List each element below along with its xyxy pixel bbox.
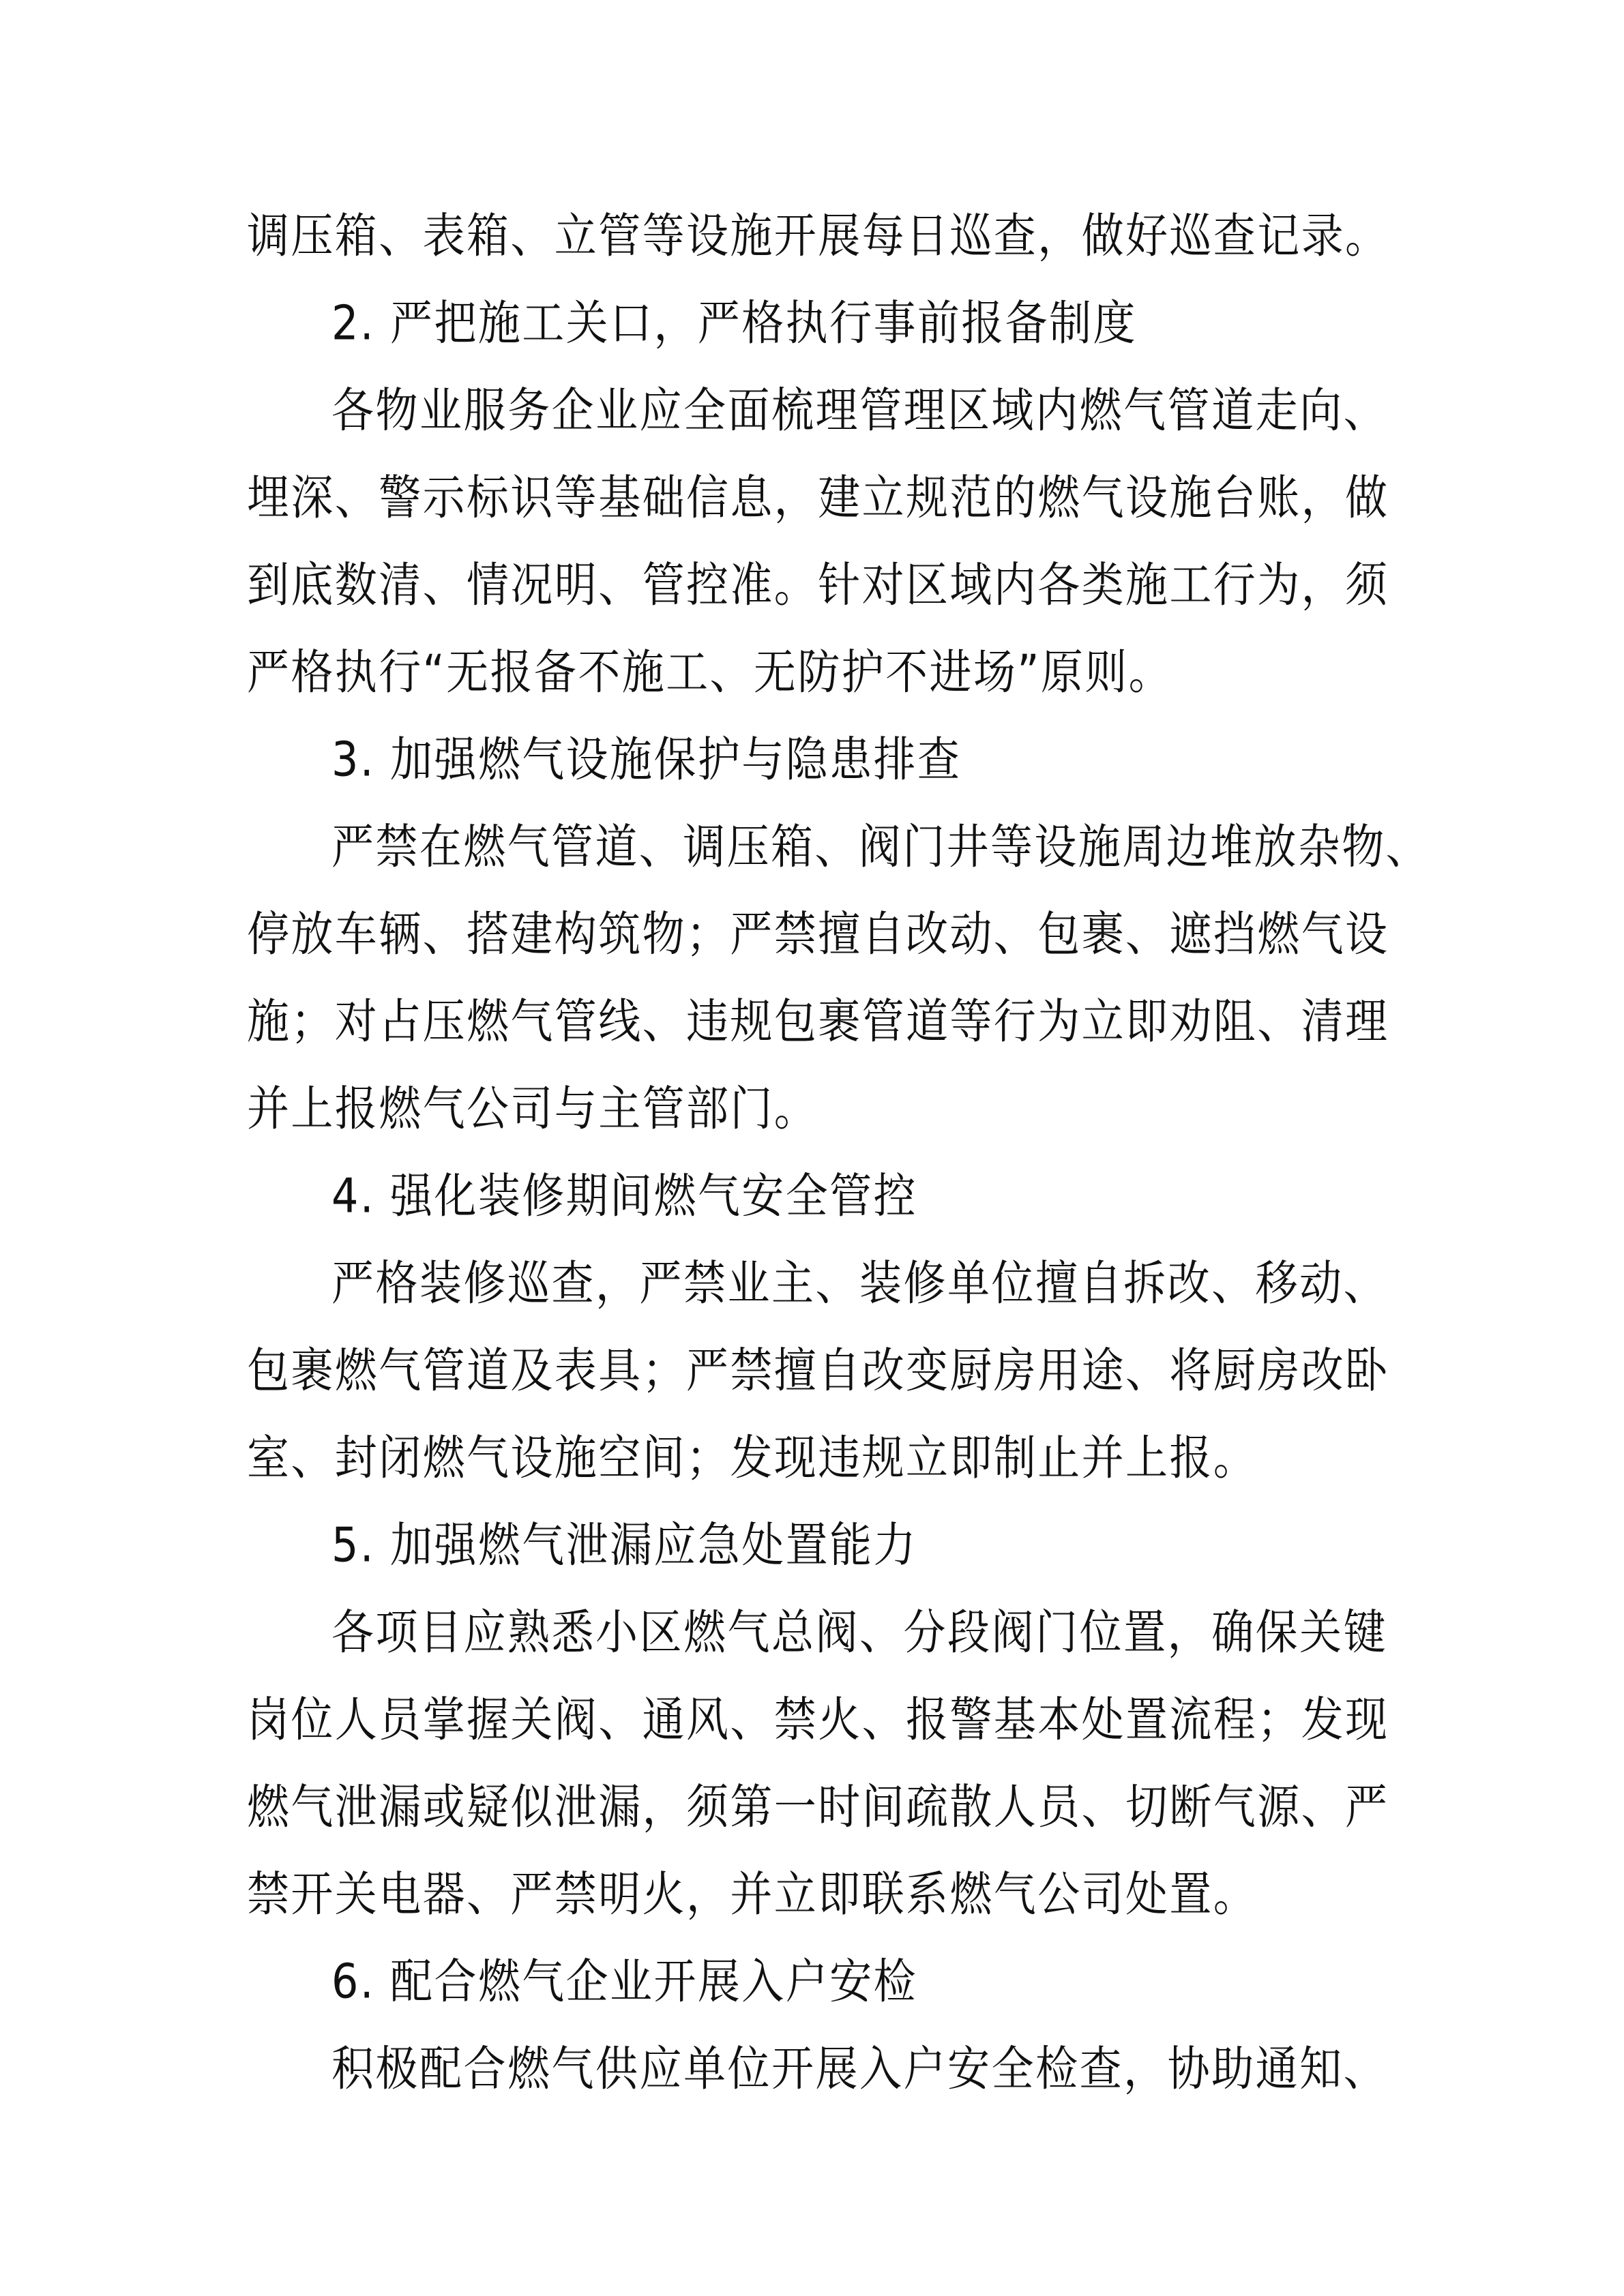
section-heading-6: 6. 配合燃气企业开展入户安检	[331, 1946, 917, 2016]
paragraph-line: 包裹燃气管道及表具；严禁擅自改变厨房用途、将厨房改卧	[247, 1335, 1387, 1405]
section-heading-3: 3. 加强燃气设施保护与隐患排查	[331, 724, 961, 794]
section-heading-5: 5. 加强燃气泄漏应急处置能力	[331, 1510, 917, 1580]
paragraph-line: 调压箱、表箱、立管等设施开展每日巡查，做好巡查记录。	[247, 200, 1387, 271]
paragraph-line: 并上报燃气公司与主管部门。	[247, 1073, 818, 1144]
paragraph-line: 各项目应熟悉小区燃气总阀、分段阀门位置，确保关键	[331, 1597, 1387, 1667]
paragraph-line: 严格装修巡查，严禁业主、装修单位擅自拆改、移动、	[331, 1248, 1387, 1318]
paragraph-line: 严格执行“无报备不施工、无防护不进场”原则。	[247, 637, 1172, 707]
paragraph-line: 停放车辆、搭建构筑物；严禁擅自改动、包裹、遮挡燃气设	[247, 899, 1387, 969]
paragraph-line: 严禁在燃气管道、调压箱、阀门井等设施周边堆放杂物、	[331, 811, 1387, 882]
paragraph-line: 禁开关电器、严禁明火，并立即联系燃气公司处置。	[247, 1859, 1257, 1929]
section-heading-2: 2. 严把施工关口，严格执行事前报备制度	[331, 288, 1137, 358]
paragraph-line: 积极配合燃气供应单位开展入户安全检查，协助通知、	[331, 2033, 1387, 2104]
paragraph-line: 埋深、警示标识等基础信息，建立规范的燃气设施台账，做	[247, 462, 1387, 533]
paragraph-line: 到底数清、情况明、管控准。针对区域内各类施工行为，须	[247, 550, 1387, 620]
paragraph-line: 各物业服务企业应全面梳理管理区域内燃气管道走向、	[331, 375, 1387, 445]
paragraph-line: 室、封闭燃气设施空间；发现违规立即制止并上报。	[247, 1422, 1257, 1493]
paragraph-line: 施；对占压燃气管线、违规包裹管道等行为立即劝阻、清理	[247, 986, 1387, 1056]
section-heading-4: 4. 强化装修期间燃气安全管控	[331, 1161, 917, 1231]
paragraph-line: 燃气泄漏或疑似泄漏，须第一时间疏散人员、切断气源、严	[247, 1772, 1387, 1842]
paragraph-line: 岗位人员掌握关阀、通风、禁火、报警基本处置流程；发现	[247, 1684, 1387, 1755]
